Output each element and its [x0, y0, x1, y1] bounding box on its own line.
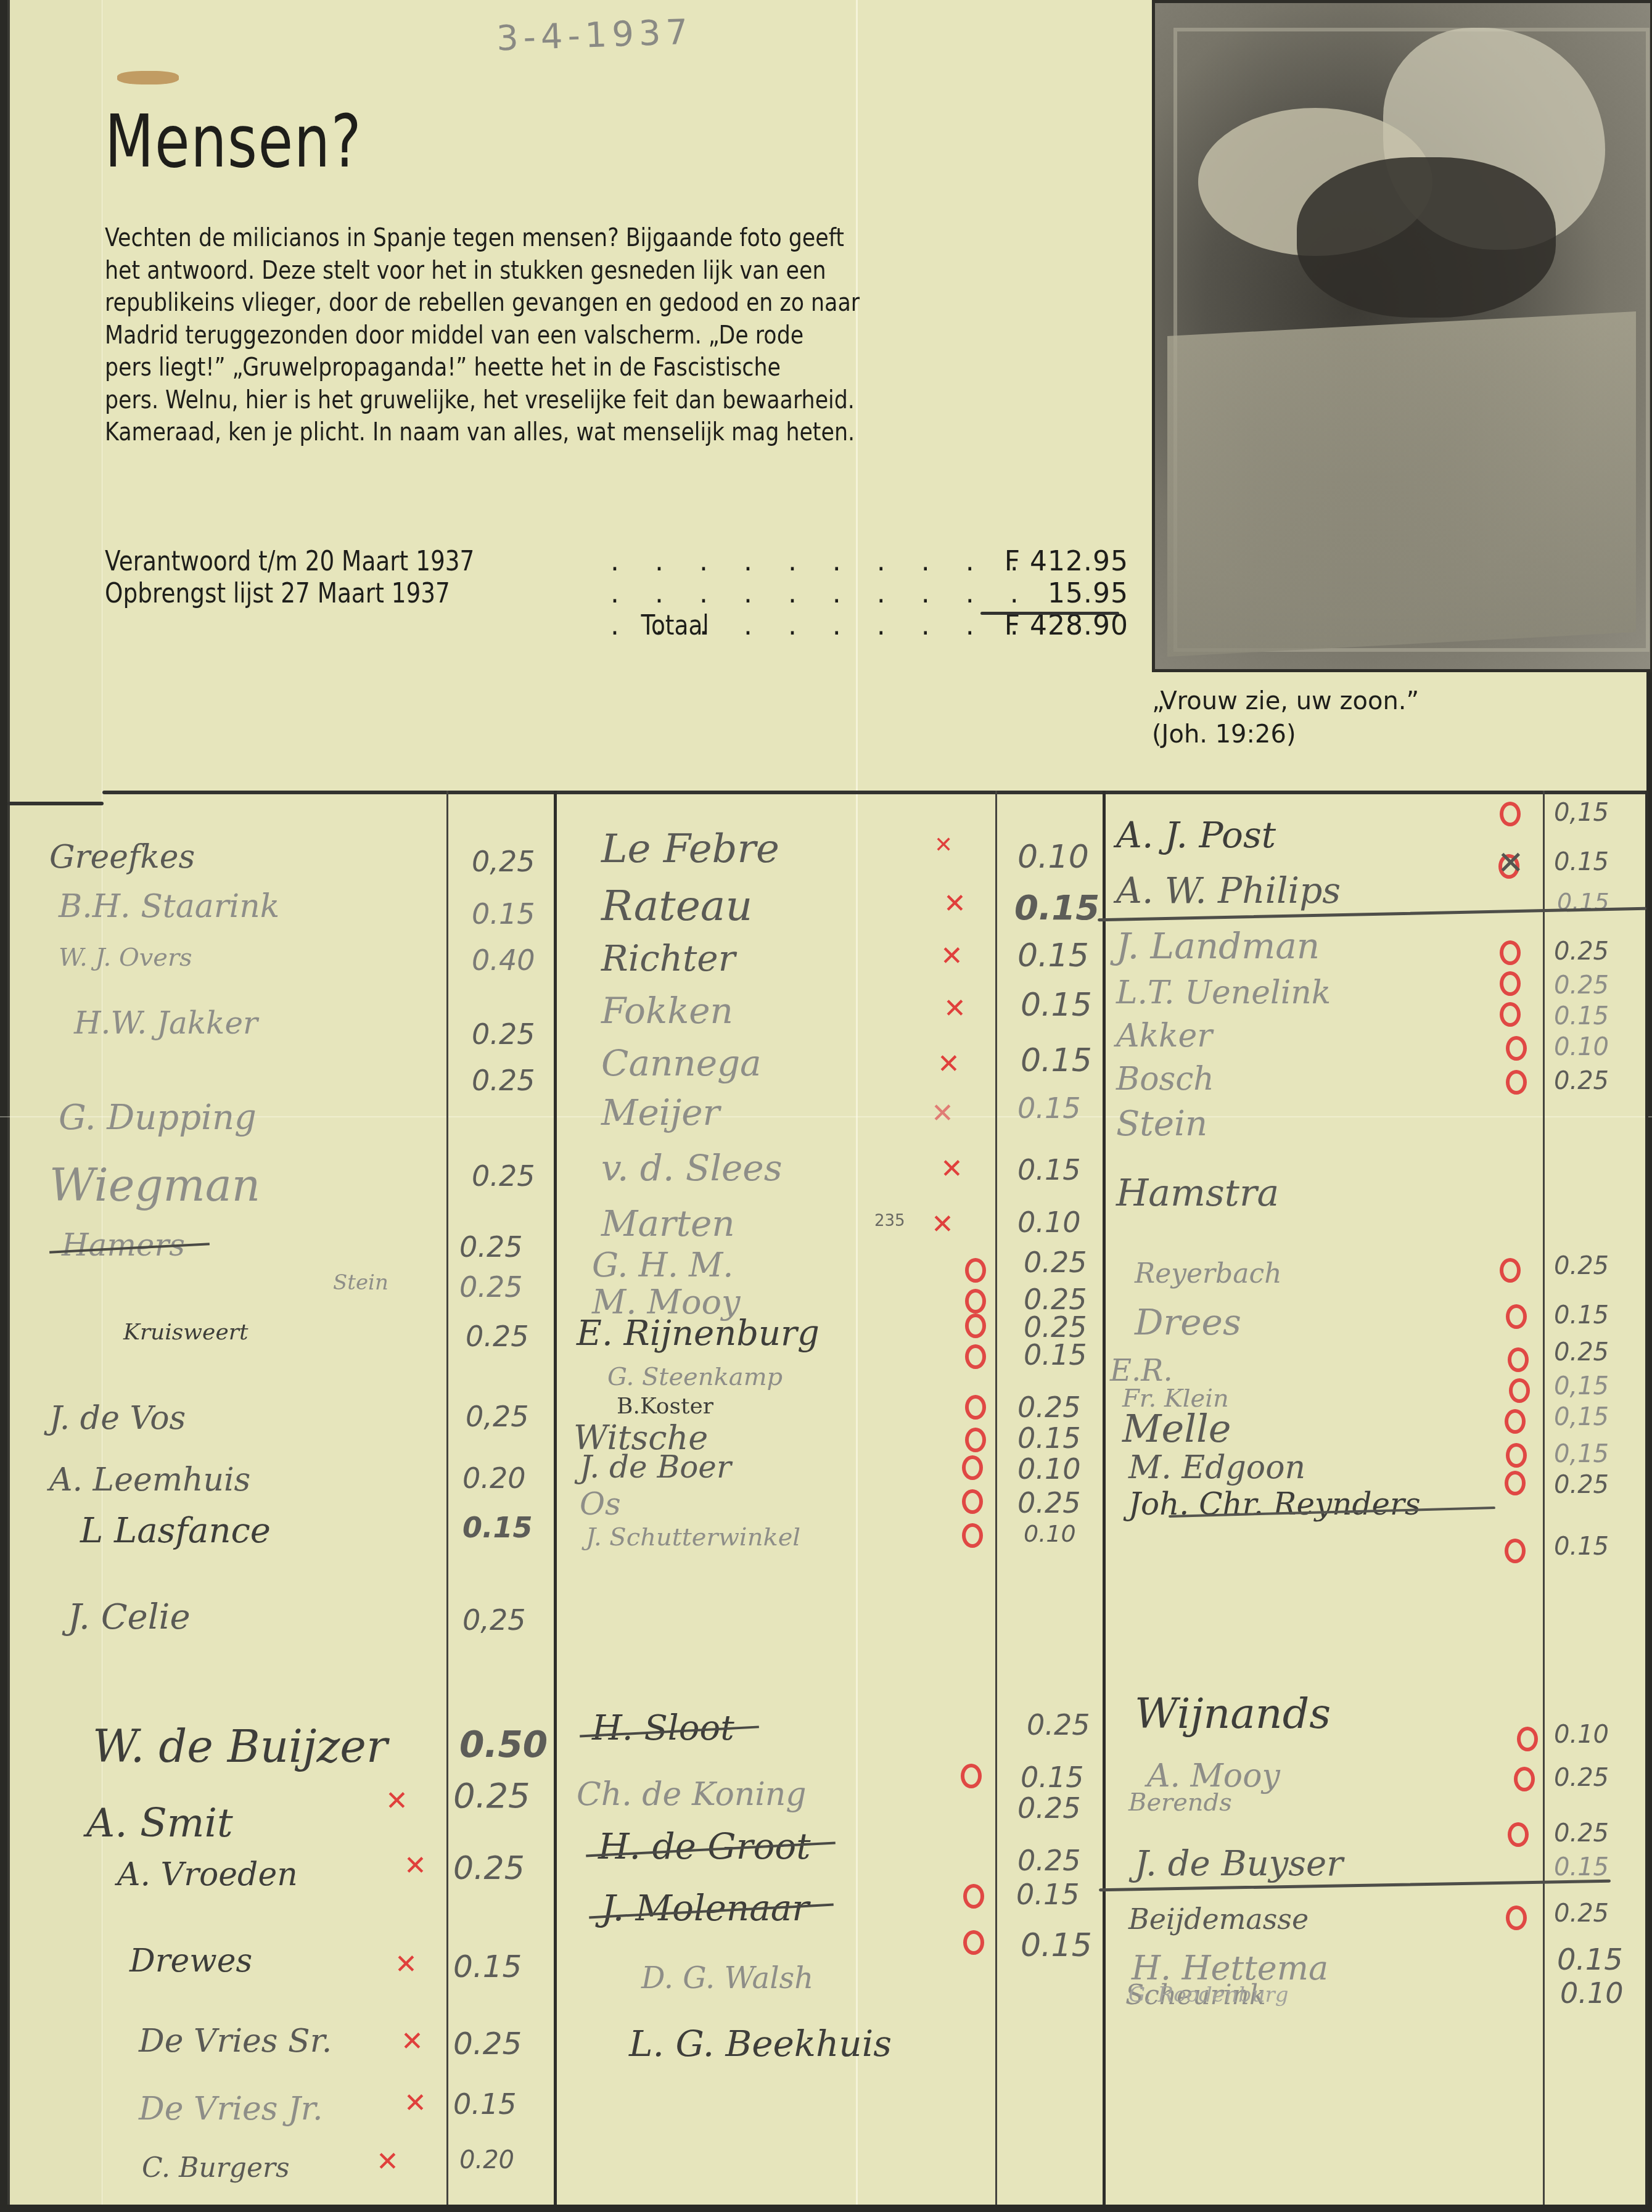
- list-item-name: G. Dupping: [59, 1098, 257, 1138]
- body-line: pers liegt!” „Gruwelpropaganda!” heette …: [105, 352, 1027, 384]
- list-item-name: De Vries Sr.: [139, 2023, 332, 2060]
- list-item-name: J. de Boer: [580, 1449, 731, 1485]
- list-item-amount: 0.15: [453, 1949, 522, 1984]
- list-item-name: D. G. Walsh: [641, 1961, 813, 1996]
- list-item-amount: 0.15: [1014, 888, 1099, 928]
- list-item-amount: 0.25: [1554, 1899, 1609, 1928]
- photo-shape: [1297, 157, 1556, 318]
- list-item-amount: 0.25: [1554, 1338, 1609, 1367]
- caption-quote: „Vrouw zie, uw zoon.”: [1152, 685, 1419, 718]
- body-paragraph: Vechten de milicianos in Spanje tegen me…: [105, 222, 1027, 449]
- red-circle-mark: [1506, 1906, 1527, 1930]
- column-divider: [1103, 791, 1106, 2205]
- list-item-amount: 0.15: [1021, 1042, 1092, 1079]
- ledger-label: Verantwoord t/m 20 Maart 1937: [105, 546, 474, 577]
- red-circle-mark: [1500, 940, 1521, 965]
- list-item-amount: 0,15: [1554, 1372, 1609, 1400]
- list-item-name: J. Landman: [1116, 925, 1320, 967]
- list-item-amount: 0.15: [1017, 1421, 1080, 1455]
- list-item-amount: 0.10: [1017, 1206, 1080, 1239]
- list-item-name: J. de Buyser: [1135, 1844, 1343, 1884]
- ledger-sum-rule: [980, 612, 1119, 615]
- list-item-amount: 0.15: [1021, 1761, 1083, 1794]
- list-item-amount: 0.15: [1017, 937, 1089, 974]
- ledger-amount: 15.95: [1048, 578, 1128, 609]
- red-circle-mark: [965, 1428, 986, 1452]
- caption-reference: (Joh. 19:26): [1152, 718, 1419, 751]
- list-item-name: Rateau: [601, 882, 752, 931]
- list-item-name: A. W. Philips: [1116, 870, 1341, 911]
- list-item-amount: 0.20: [462, 1462, 525, 1495]
- list-item-name: L. G. Beekhuis: [629, 2023, 892, 2065]
- list-item-amount: 0.15: [1557, 1943, 1623, 1977]
- list-item-name: Drees: [1135, 1301, 1241, 1343]
- list-item-amount: 0.10: [1024, 1520, 1076, 1547]
- red-circle-mark: [1500, 1002, 1521, 1027]
- column-divider: [554, 791, 557, 2205]
- list-item-name: Fokken: [601, 990, 733, 1032]
- page-title: Mensen?: [105, 99, 362, 184]
- ledger-label: Opbrengst lijst 27 Maart 1937: [105, 578, 450, 609]
- list-item-name: L.T. Uenelink: [1116, 974, 1331, 1011]
- list-item-amount: 0.25: [1017, 1391, 1080, 1424]
- list-item-amount: 0.25: [453, 1776, 530, 1816]
- list-item-name: A. Vroeden: [117, 1856, 298, 1893]
- list-item-amount: 0.15: [1021, 987, 1092, 1024]
- list-item-amount: 0.15: [1021, 1927, 1092, 1964]
- red-circle-mark: [965, 1258, 986, 1283]
- red-circle-mark: [1506, 1036, 1527, 1061]
- list-item-name: W. de Buijzer: [92, 1721, 387, 1772]
- list-item-amount: 0,25: [462, 1603, 525, 1637]
- column-divider: [446, 791, 448, 2205]
- list-item-name: Stein: [333, 1270, 388, 1295]
- list-item-name: C. Burgers: [142, 2152, 290, 2184]
- list-item-name: H.W. Jakker: [74, 1005, 258, 1041]
- list-item-name: Kruisweert: [123, 1320, 248, 1345]
- list-item-name: Melle: [1122, 1406, 1231, 1451]
- list-item-amount: 0.15: [1554, 1853, 1609, 1881]
- list-item-amount: 0.15: [1554, 848, 1609, 876]
- body-line: Vechten de milicianos in Spanje tegen me…: [105, 222, 1027, 255]
- list-item-amount: 0.25: [1017, 1791, 1080, 1825]
- red-cross-mark: ✕: [937, 1048, 960, 1080]
- ledger-dots: . . . . . . . . . .: [610, 546, 1032, 577]
- list-item-amount: 0.15: [1017, 1092, 1080, 1125]
- body-line: Kameraad, ken je plicht. In naam van all…: [105, 416, 1027, 449]
- list-item-amount: 0.15: [472, 897, 535, 931]
- red-cross-mark: ✕: [376, 2146, 399, 2177]
- list-item-amount: 0,15: [1554, 799, 1609, 827]
- pencil-cross-mark: ✕: [1497, 845, 1524, 882]
- list-item-amount: 0.10: [1560, 1976, 1623, 2010]
- list-item-amount: 0.15: [1017, 1153, 1080, 1186]
- list-item-amount: 0.15: [1016, 1878, 1079, 1911]
- ledger-summary: Verantwoord t/m 20 Maart 1937 . . . . . …: [105, 546, 1128, 642]
- list-item-name-struck: H. Sloot: [592, 1708, 734, 1748]
- red-cross-mark: ✕: [943, 993, 966, 1024]
- list-item-amount: 0.15: [453, 2087, 516, 2121]
- red-circle-mark: [963, 1884, 984, 1909]
- list-item-name-struck: Hamers: [62, 1227, 185, 1263]
- red-circle-mark: [1506, 1070, 1527, 1095]
- red-cross-mark: ✕: [940, 940, 963, 972]
- list-item-amount: 0.25: [1017, 1844, 1080, 1877]
- body-line: het antwoord. Deze stelt voor het in stu…: [105, 255, 1027, 287]
- column-divider: [995, 791, 997, 2205]
- list-item-name: De Vries Jr.: [139, 2091, 323, 2128]
- margin-note: 235: [874, 1212, 905, 1230]
- list-item-name: Berends: [1128, 1788, 1232, 1817]
- ledger-dots: . . . . . . . . . .: [610, 578, 1032, 609]
- red-circle-mark: [965, 1395, 986, 1420]
- red-circle-mark: [1508, 1822, 1529, 1847]
- list-item-name: Beijdemasse: [1128, 1902, 1309, 1936]
- list-item-amount: 0.20: [459, 2146, 514, 2174]
- list-item-amount: 0.25: [1024, 1246, 1087, 1279]
- table-top-rule: [102, 791, 1647, 794]
- red-circle-mark: [1508, 1347, 1529, 1372]
- red-circle-mark: [962, 1523, 983, 1548]
- red-circle-mark: [1505, 1471, 1526, 1495]
- list-item-amount: 0.25: [1027, 1708, 1090, 1741]
- red-circle-mark: [962, 1489, 983, 1514]
- list-item-name: Le Febre: [601, 826, 779, 872]
- list-item-amount: 0.25: [472, 1064, 535, 1097]
- newspaper-photo: [1152, 0, 1652, 672]
- body-line: republikeins vlieger, door de rebellen g…: [105, 287, 1027, 319]
- red-circle-mark: [1500, 971, 1521, 996]
- list-item-amount: 0,15: [1554, 1403, 1609, 1431]
- list-item-amount: 0,25: [466, 1400, 528, 1433]
- red-circle-mark: [1505, 1409, 1526, 1434]
- red-circle-mark: [1506, 1304, 1527, 1329]
- ledger-row-list: Opbrengst lijst 27 Maart 1937 . . . . . …: [105, 578, 1128, 610]
- rust-stain: [117, 71, 179, 84]
- list-item-amount: 0.25: [1554, 1471, 1609, 1499]
- column-divider: [1645, 791, 1648, 2205]
- list-item-name: G. Steenkamp: [607, 1363, 783, 1391]
- red-cross-mark: ✕: [931, 1098, 954, 1129]
- list-item-amount: 0.25: [1554, 1819, 1609, 1848]
- list-item-name: G. H. M.: [592, 1246, 733, 1285]
- ledger-amount: F 412.95: [1005, 546, 1128, 577]
- list-item-amount: 0.10: [1017, 1452, 1080, 1486]
- list-item-amount: 0.25: [466, 1320, 528, 1353]
- ledger-dots: . . . . . . . . . .: [610, 610, 1032, 641]
- red-circle-mark: [962, 1455, 983, 1480]
- red-cross-mark: ✕: [931, 1209, 954, 1240]
- red-circle-mark: [1506, 1443, 1527, 1468]
- list-item-name: Greefkes: [49, 839, 195, 876]
- date-annotation: 3-4-1937: [496, 12, 693, 59]
- list-item-amount: 0.15: [1554, 1002, 1609, 1030]
- red-circle-mark: [965, 1314, 986, 1338]
- list-item-amount: 0.10: [1554, 1721, 1609, 1749]
- list-item-amount: 0.25: [453, 1850, 525, 1887]
- list-item-name: Drewes: [129, 1943, 252, 1980]
- list-item-name: Wiegman: [49, 1159, 260, 1211]
- red-cross-mark: ✕: [940, 1153, 963, 1185]
- list-item-amount: 0.25: [1554, 937, 1609, 966]
- list-item-amount: 0.15: [1024, 1338, 1087, 1371]
- red-circle-mark: [1500, 802, 1521, 826]
- red-cross-mark: ✕: [404, 2087, 427, 2119]
- body-line: Madrid teruggezonden door middel van een…: [105, 319, 1027, 352]
- list-item-name: Hamstra: [1116, 1172, 1279, 1215]
- list-item-name: W. J. Overs: [59, 944, 192, 972]
- list-item-name-struck: J. Molenaar: [601, 1887, 809, 1929]
- list-item-name: M. Edgoon: [1128, 1449, 1305, 1486]
- list-item-name: Cannega: [601, 1042, 762, 1084]
- list-item-name: Reyerbach: [1135, 1258, 1281, 1289]
- list-item-name: J. de Vos: [49, 1400, 186, 1437]
- ledger-row-total: Totaal . . . . . . . . . . F 428.90: [105, 610, 1128, 642]
- list-item-name: A. J. Post: [1116, 814, 1276, 856]
- list-item-name-struck: H. de Groot: [598, 1825, 811, 1867]
- list-item-amount: 0.25: [453, 2026, 522, 2062]
- list-item-name: G. Roodenburg: [1128, 1983, 1289, 2007]
- body-line: pers. Welnu, hier is het gruwelijke, het…: [105, 384, 1027, 417]
- list-item-amount: 0.15: [462, 1511, 533, 1544]
- red-circle-mark: [963, 1930, 984, 1955]
- list-item-name: L Lasfance: [80, 1511, 271, 1551]
- list-item-amount: 0.25: [1554, 1067, 1609, 1095]
- list-item-name: Meijer: [601, 1092, 720, 1133]
- red-circle-mark: [965, 1289, 986, 1314]
- list-item-amount: 0.25: [1554, 1252, 1609, 1280]
- red-circle-mark: [1505, 1539, 1526, 1563]
- ledger-row-previous: Verantwoord t/m 20 Maart 1937 . . . . . …: [105, 546, 1128, 578]
- list-item-amount: 0,25: [472, 845, 535, 878]
- list-item-name: Os: [580, 1486, 621, 1522]
- red-cross-mark: ✕: [395, 1949, 417, 1980]
- list-item-name: Stein: [1116, 1104, 1207, 1144]
- list-item-name: A. Smit: [86, 1801, 233, 1846]
- list-item-name: v. d. Slees: [601, 1147, 782, 1189]
- red-cross-mark: ✕: [943, 888, 966, 919]
- list-item-amount: 0.25: [1017, 1486, 1080, 1519]
- list-item-name: Ch. de Koning: [577, 1776, 807, 1813]
- list-item-amount: 0.15: [1554, 1532, 1609, 1561]
- list-item-name: J. Schutterwinkel: [586, 1523, 800, 1552]
- list-item-name: E.R.: [1110, 1354, 1173, 1388]
- red-circle-mark: [1514, 1767, 1535, 1791]
- list-item-name: Wijnands: [1135, 1690, 1331, 1738]
- red-cross-mark: ✕: [404, 1850, 427, 1881]
- list-item-amount: 0.25: [1554, 1764, 1609, 1792]
- list-item-name: B.H. Staarink: [59, 888, 279, 925]
- list-item-amount: 0.25: [472, 1018, 535, 1051]
- list-item-name: Bosch: [1116, 1061, 1214, 1098]
- red-circle-mark: [961, 1764, 982, 1788]
- red-cross-mark: ✕: [934, 833, 953, 858]
- list-item-name: J. Celie: [68, 1597, 191, 1637]
- photo-caption: „Vrouw zie, uw zoon.” (Joh. 19:26): [1152, 685, 1419, 751]
- list-item-name: Marten: [601, 1203, 735, 1244]
- red-circle-mark: [1509, 1378, 1530, 1403]
- list-item-name: Richter: [601, 937, 735, 979]
- list-item-name: H. Hettema: [1132, 1949, 1328, 1988]
- red-circle-mark: [965, 1344, 986, 1369]
- list-item-amount: 0.25: [472, 1159, 535, 1193]
- list-item-name: Akker: [1116, 1018, 1212, 1055]
- list-item-amount: 0.10: [1017, 839, 1089, 876]
- list-item-amount: 0.25: [1554, 971, 1609, 1000]
- list-item-amount: 0.10: [1554, 1033, 1609, 1061]
- red-circle-mark: [1500, 1258, 1521, 1283]
- list-item-amount: 0,15: [1554, 1440, 1609, 1468]
- list-item-name: B.Koster: [617, 1394, 713, 1419]
- list-item-name: E. Rijnenburg: [577, 1314, 820, 1354]
- list-item-amount: 0.15: [1554, 1301, 1609, 1330]
- table-top-rule-strip: [7, 802, 104, 805]
- list-item-name: A. Leemhuis: [49, 1462, 250, 1499]
- column-divider: [1543, 791, 1545, 2205]
- red-cross-mark: ✕: [385, 1785, 408, 1817]
- list-item-amount: 0.50: [459, 1724, 548, 1766]
- red-cross-mark: ✕: [401, 2026, 424, 2057]
- list-item-amount: 0.25: [459, 1230, 522, 1264]
- red-circle-mark: [1517, 1727, 1538, 1751]
- photo-crate-front: [1167, 311, 1636, 657]
- list-item-amount: 0.25: [459, 1270, 522, 1304]
- list-item-amount: 0.40: [472, 944, 535, 977]
